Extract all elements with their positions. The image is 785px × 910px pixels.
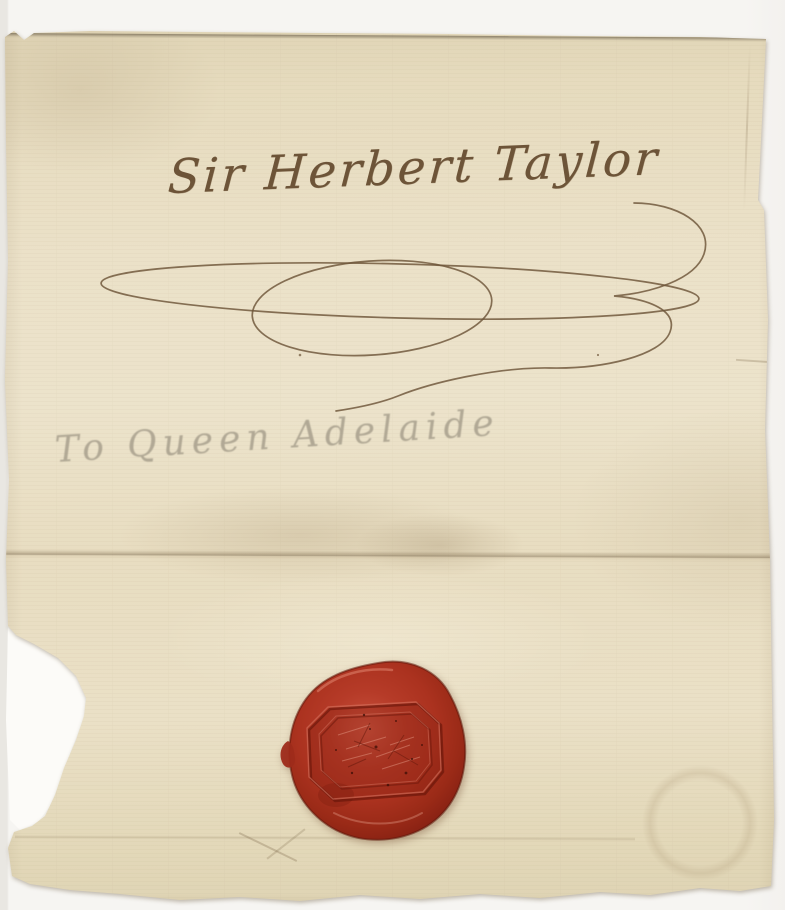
seal-impression	[307, 702, 443, 801]
scan-background: Sir Herbert Taylor To Queen Adelaide	[0, 0, 785, 910]
letter-paper: Sir Herbert Taylor To Queen Adelaide	[0, 0, 785, 910]
wax-seal	[278, 655, 478, 855]
paper-surface: Sir Herbert Taylor To Queen Adelaide	[0, 0, 785, 910]
